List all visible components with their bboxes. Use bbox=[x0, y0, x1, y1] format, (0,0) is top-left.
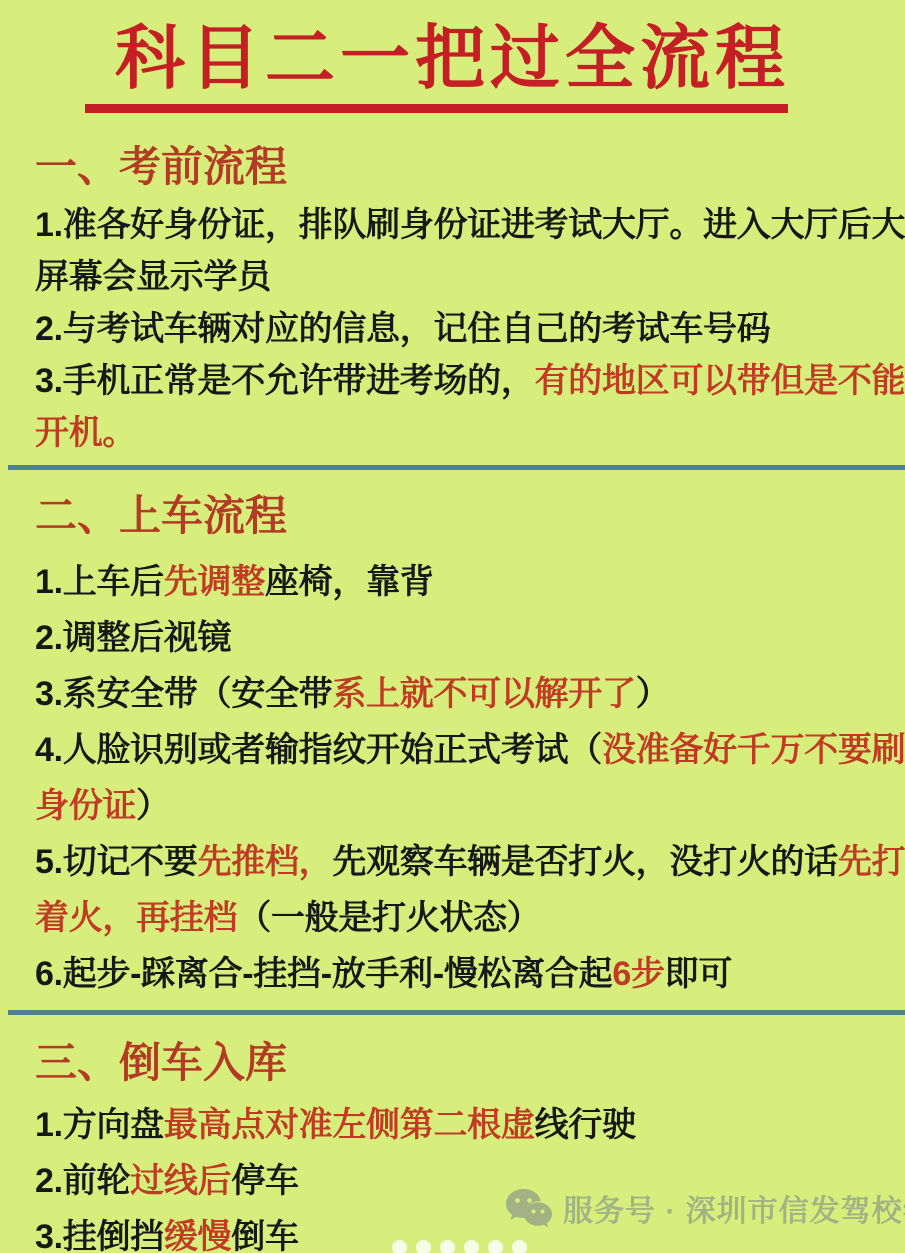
section-divider bbox=[8, 465, 905, 470]
section-heading: 三、倒车入库 bbox=[35, 1039, 875, 1087]
watermark-label: 服务号 · 深圳市信发驾校学车 bbox=[563, 1186, 905, 1230]
text-segment: 即可 bbox=[665, 955, 732, 993]
text-segment: 1.准各好身份证，排队刷身份证进考试大厅。进入大厅后大 bbox=[35, 206, 905, 244]
text-line: 身份证） bbox=[35, 786, 875, 826]
text-line: 1.准各好身份证，排队刷身份证进考试大厅。进入大厅后大 bbox=[35, 205, 875, 245]
pagination-dots bbox=[392, 1240, 527, 1253]
text-segment: 线行驶 bbox=[535, 1106, 636, 1144]
pagination-dot bbox=[512, 1240, 527, 1253]
text-segment: 1.上车后 bbox=[35, 563, 164, 601]
text-segment: 4.人脸识别或者输指纹开始正式考试（ bbox=[35, 731, 602, 769]
text-segment: 6.起步-踩离合-挂挡-放手利-慢松离合起 bbox=[35, 955, 612, 993]
text-line: 3.手机正常是不允许带进考场的，有的地区可以带但是不能 bbox=[35, 361, 875, 401]
text-segment: 3.挂倒挡 bbox=[35, 1218, 164, 1253]
text-segment: 屏幕会显示学员 bbox=[35, 258, 271, 296]
pagination-dot bbox=[440, 1240, 455, 1253]
text-line: 开机。 bbox=[35, 413, 875, 453]
title-underline bbox=[85, 104, 788, 113]
text-segment: 最高点对准左侧第二根虚 bbox=[164, 1106, 535, 1144]
section: 二、上车流程1.上车后先调整座椅，靠背2.调整后视镜3.系安全带（安全带系上就不… bbox=[35, 492, 875, 1015]
text-segment: 过线后 bbox=[130, 1162, 231, 1200]
text-segment: （一般是打火状态） bbox=[237, 899, 540, 937]
text-line: 2.调整后视镜 bbox=[35, 618, 875, 658]
text-segment: 2.调整后视镜 bbox=[35, 619, 231, 657]
text-segment: 着火，再挂档 bbox=[35, 899, 237, 937]
text-line: 3.系安全带（安全带系上就不可以解开了） bbox=[35, 674, 875, 714]
text-segment: 3.系安全带（安全带 bbox=[35, 675, 332, 713]
wechat-watermark: 服务号 · 深圳市信发驾校学车 bbox=[505, 1186, 905, 1230]
text-segment: 先推档， bbox=[198, 843, 333, 881]
sections: 一、考前流程1.准各好身份证，排队刷身份证进考试大厅。进入大厅后大屏幕会显示学员… bbox=[0, 143, 905, 1253]
text-segment: 先打 bbox=[838, 843, 905, 881]
section-heading: 一、考前流程 bbox=[35, 143, 875, 191]
text-segment: 没准备好千万不要刷 bbox=[602, 731, 905, 769]
pagination-dot bbox=[464, 1240, 479, 1253]
text-segment: 6步 bbox=[612, 955, 664, 993]
text-line: 着火，再挂档（一般是打火状态） bbox=[35, 898, 875, 938]
text-segment: 先观察车辆是否打火，没打火的话 bbox=[332, 843, 838, 881]
text-segment: 倒车 bbox=[231, 1218, 298, 1253]
text-segment: ） bbox=[136, 787, 170, 825]
text-segment: 5.切记不要 bbox=[35, 843, 198, 881]
pagination-dot bbox=[488, 1240, 503, 1253]
wechat-icon bbox=[505, 1188, 553, 1228]
text-segment: 2.与考试车辆对应的信息，记住自己的考试车号码 bbox=[35, 310, 770, 348]
text-segment: 缓慢 bbox=[164, 1218, 231, 1253]
text-line: 2.与考试车辆对应的信息，记住自己的考试车号码 bbox=[35, 309, 875, 349]
text-segment: 2.前轮 bbox=[35, 1162, 130, 1200]
pagination-dot bbox=[392, 1240, 407, 1253]
text-segment: 有的地区可以带但是不能 bbox=[535, 362, 905, 400]
text-segment: 1.方向盘 bbox=[35, 1106, 164, 1144]
section-heading: 二、上车流程 bbox=[35, 492, 875, 540]
text-segment: 3.手机正常是不允许带进考场的， bbox=[35, 362, 535, 400]
section-divider bbox=[8, 1010, 905, 1015]
text-segment: 先调整 bbox=[164, 563, 265, 601]
text-line: 1.上车后先调整座椅，靠背 bbox=[35, 562, 875, 602]
page-title: 科目二一把过全流程 bbox=[0, 20, 905, 101]
text-segment: ） bbox=[636, 675, 670, 713]
pagination-dot bbox=[416, 1240, 431, 1253]
text-segment: 停车 bbox=[231, 1162, 298, 1200]
text-segment: 身份证 bbox=[35, 787, 136, 825]
text-segment: 开机。 bbox=[35, 414, 136, 452]
text-segment: 系上就不可以解开了 bbox=[332, 675, 635, 713]
text-line: 1.方向盘最高点对准左侧第二根虚线行驶 bbox=[35, 1105, 875, 1145]
title-block: 科目二一把过全流程 bbox=[0, 0, 905, 113]
poster-page: 科目二一把过全流程 一、考前流程1.准各好身份证，排队刷身份证进考试大厅。进入大… bbox=[0, 0, 905, 1253]
section: 一、考前流程1.准各好身份证，排队刷身份证进考试大厅。进入大厅后大屏幕会显示学员… bbox=[35, 143, 875, 470]
text-line: 6.起步-踩离合-挂挡-放手利-慢松离合起6步即可 bbox=[35, 954, 875, 994]
text-segment: 座椅，靠背 bbox=[265, 563, 434, 601]
text-line: 4.人脸识别或者输指纹开始正式考试（没准备好千万不要刷 bbox=[35, 730, 875, 770]
text-line: 屏幕会显示学员 bbox=[35, 257, 875, 297]
text-line: 5.切记不要先推档，先观察车辆是否打火，没打火的话先打 bbox=[35, 842, 875, 882]
